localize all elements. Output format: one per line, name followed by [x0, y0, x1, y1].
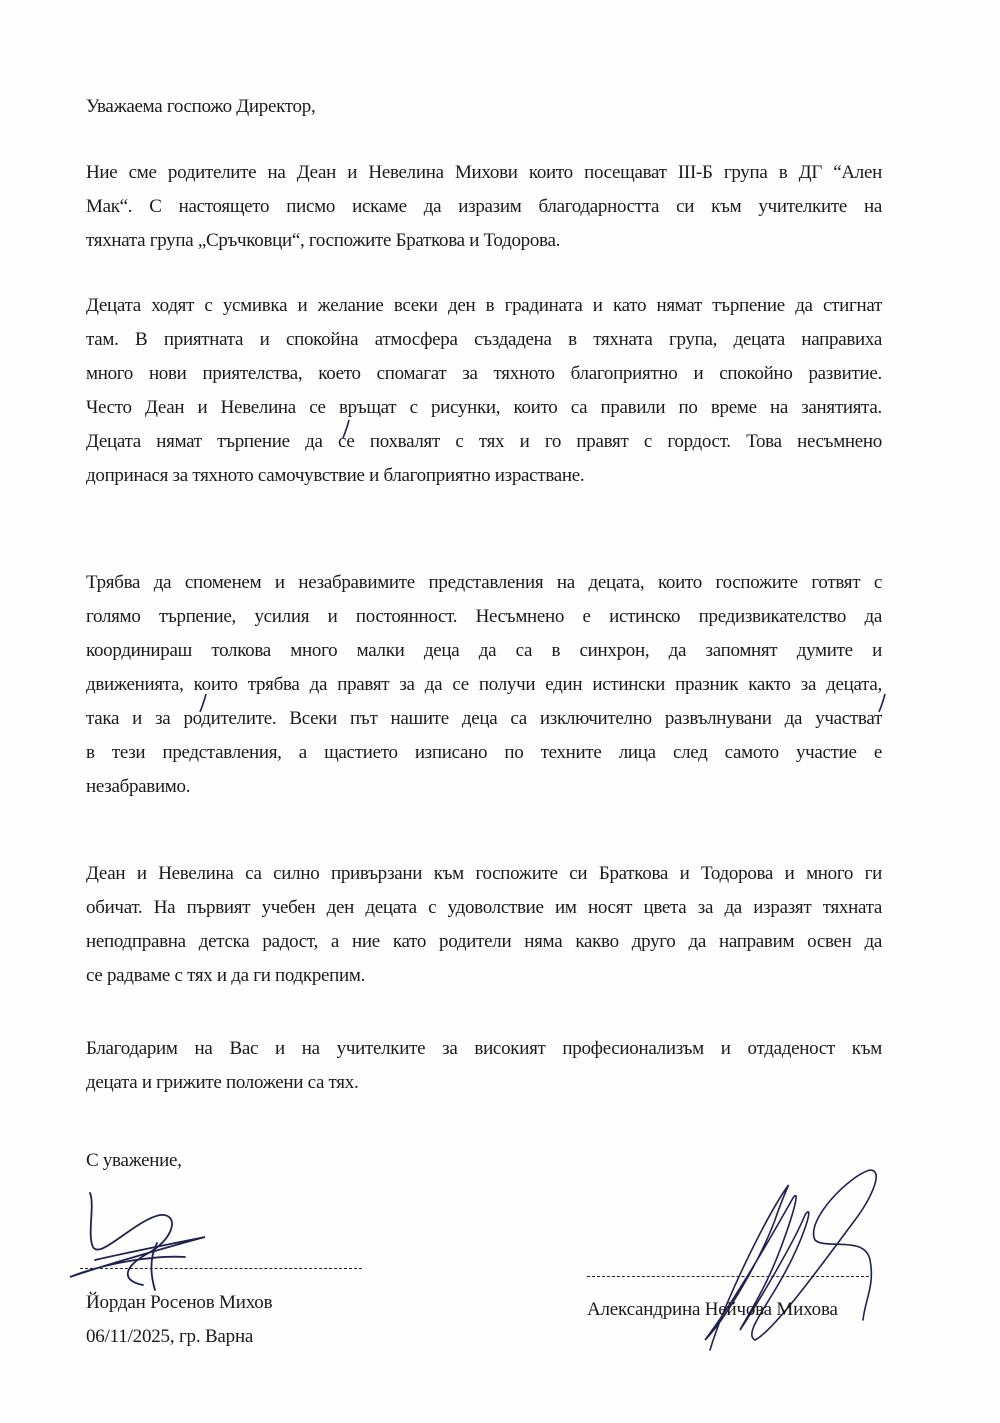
paragraph-3: Трябва да споменем и незабравимите предс… [86, 566, 882, 804]
text-line: Трябва да споменем и незабравимите предс… [86, 566, 882, 600]
text-line: се радваме с тях и да ги подкрепим. [86, 959, 882, 993]
signature-left-icon [65, 1185, 215, 1295]
text-line: Ние сме родителите на Деан и Невелина Ми… [86, 156, 882, 190]
text-line: много нови приятелства, което спомагат з… [86, 357, 882, 391]
text-line: Децата нямат търпение да се похвалят с т… [86, 425, 882, 459]
text-line: децата и грижите положени са тях. [86, 1066, 882, 1100]
text-line: Благодарим на Вас и на учителките за вис… [86, 1032, 882, 1066]
text-line: незабравимо. [86, 770, 882, 804]
text-line: Деан и Невелина са силно привързани към … [86, 857, 882, 891]
text-line: Децата ходят с усмивка и желание всеки д… [86, 289, 882, 323]
paragraph-5: Благодарим на Вас и на учителките за вис… [86, 1032, 882, 1100]
signature-line-left [80, 1268, 362, 1269]
paragraph-4: Деан и Невелина са силно привързани към … [86, 857, 882, 993]
signature-line-right [587, 1276, 869, 1277]
text-line: движенията, които трябва да правят за да… [86, 668, 882, 702]
text-line: координираш толкова много малки деца да … [86, 634, 882, 668]
paragraph-1: Ние сме родителите на Деан и Невелина Ми… [86, 156, 882, 258]
signatory-left-name: Йордан Росенов Михов [86, 1286, 272, 1320]
closing: С уважение, [86, 1144, 882, 1178]
signatory-right: Александрина Нейчова Михова [587, 1293, 838, 1327]
text-line: там. В приятната и спокойна атмосфера съ… [86, 323, 882, 357]
text-line: Мак“. С настоящето писмо искаме да израз… [86, 190, 882, 224]
text-line: в тези представления, а щастието изписан… [86, 736, 882, 770]
signatory-left: Йордан Росенов Михов 06/11/2025, гр. Вар… [86, 1286, 272, 1354]
greeting: Уважаема госпожо Директор, [86, 90, 882, 124]
letter-page: Уважаема госпожо Директор, Ние сме родит… [0, 0, 1000, 1423]
text-line: тяхната група „Сръчковци“, госпожите Бра… [86, 224, 882, 258]
text-line: Често Деан и Невелина се връщат с рисунк… [86, 391, 882, 425]
text-line: голямо търпение, усилия и постоянност. Н… [86, 600, 882, 634]
text-line: допринася за тяхното самочувствие и благ… [86, 459, 882, 493]
text-line: обичат. На първият учебен ден децата с у… [86, 891, 882, 925]
text-line: неподправна детска радост, а ние като ро… [86, 925, 882, 959]
greeting-text: Уважаема госпожо Директор, [86, 90, 882, 124]
date-place: 06/11/2025, гр. Варна [86, 1320, 272, 1354]
text-line: така и за родителите. Всеки път нашите д… [86, 702, 882, 736]
closing-text: С уважение, [86, 1144, 882, 1178]
signatory-right-name: Александрина Нейчова Михова [587, 1293, 838, 1327]
paragraph-2: Децата ходят с усмивка и желание всеки д… [86, 289, 882, 493]
